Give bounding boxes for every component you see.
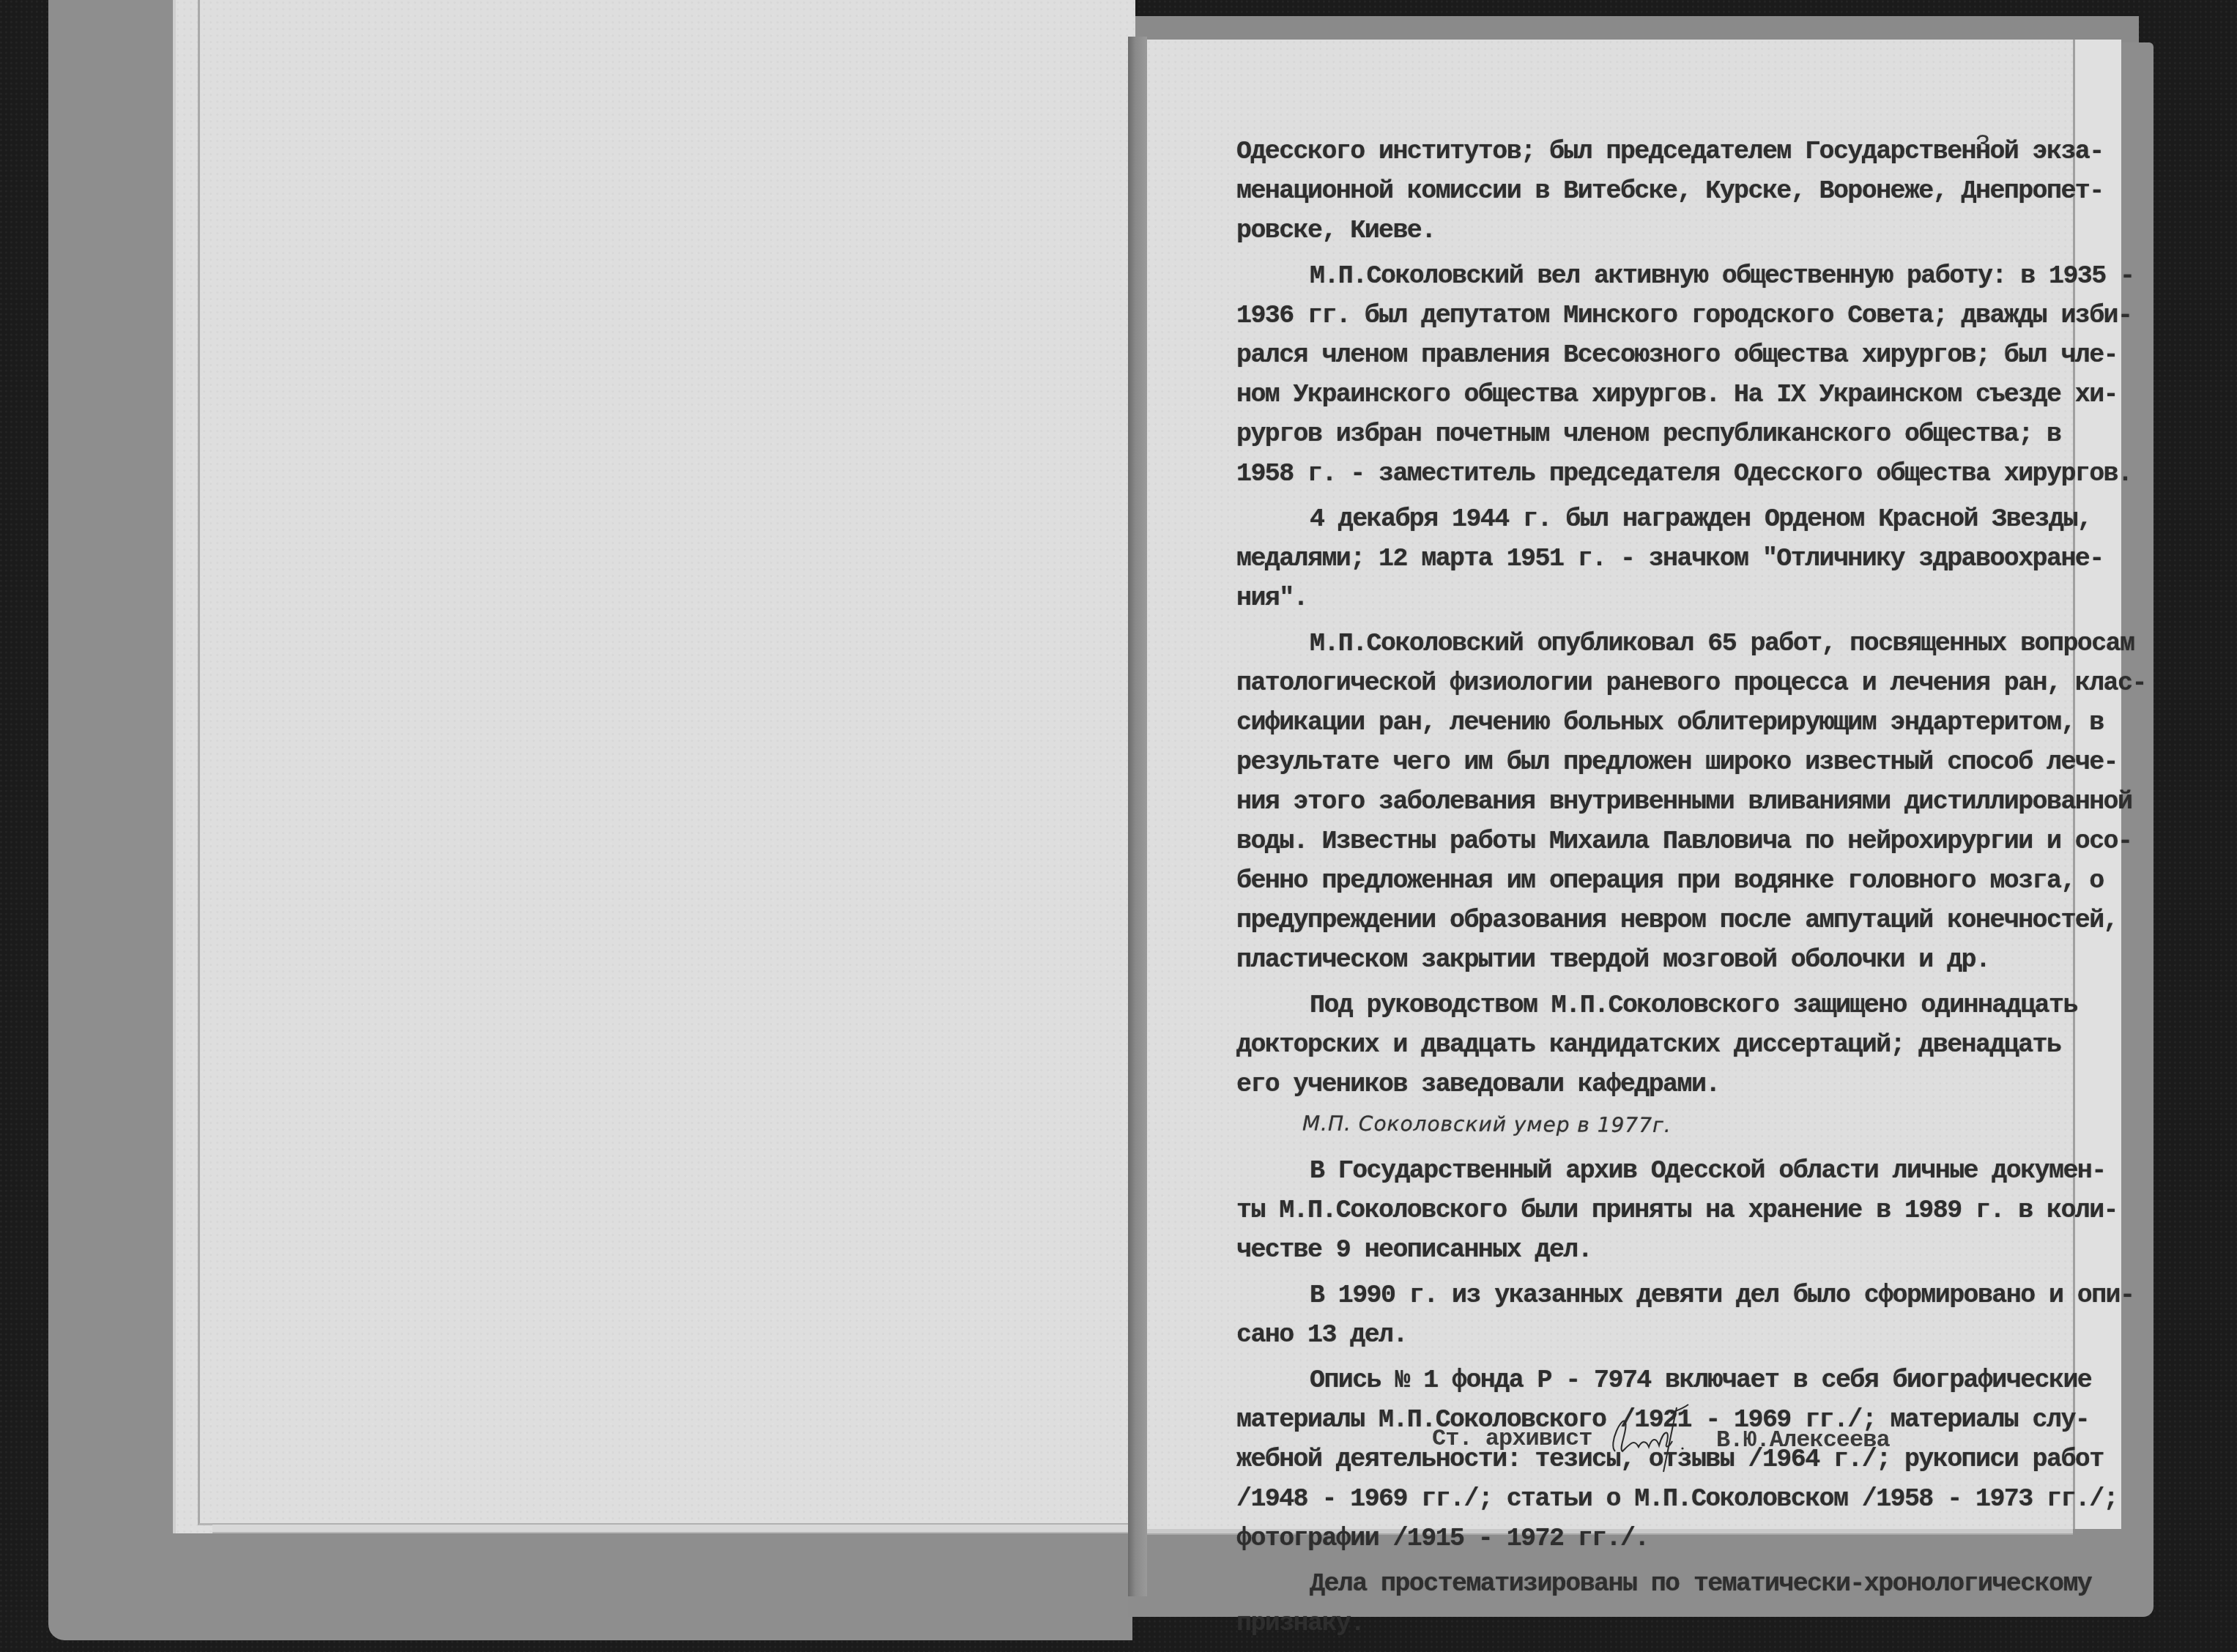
signatory-name: В.Ю.Алексеева [1716,1426,1890,1454]
text-line: В Государственный архив Одесской области… [1236,1151,2064,1191]
paragraph: В 1990 г. из указанных девяти дел было с… [1236,1276,2064,1355]
text-line: Опись № 1 фонда Р - 7974 включает в себя… [1236,1361,2064,1400]
text-line: воды. Известны работы Михаила Павловича … [1236,822,2064,861]
text-line: М.П.Соколовский вел активную общественну… [1236,256,2064,296]
text-line: Дела простематизированы по тематически-х… [1236,1564,2064,1604]
text-line: 4 декабря 1944 г. был награжден Орденом … [1236,499,2064,539]
text-line: ты М.П.Соколовского были приняты на хран… [1236,1191,2064,1230]
text-line: ния". [1236,578,2064,618]
paragraph: М.П.Соколовский опубликовал 65 работ, по… [1236,624,2064,980]
text-line: М.П.Соколовский опубликовал 65 работ, по… [1236,624,2064,663]
paragraph: Одесского институтов; был председателем … [1236,132,2064,250]
text-line: медалями; 12 марта 1951 г. - значком "От… [1236,539,2064,578]
text-line: В 1990 г. из указанных девяти дел было с… [1236,1276,2064,1315]
paragraph: В Государственный архив Одесской области… [1236,1151,2064,1270]
paragraphs-after-note: В Государственный архив Одесской области… [1236,1151,2064,1643]
text-line: 1936 гг. был депутатом Минского городско… [1236,296,2064,335]
left-page-stack-edge [212,1523,1128,1533]
paragraph: Дела простематизированы по тематически-х… [1236,1564,2064,1643]
text-line: 1958 г. - заместитель председателя Одесс… [1236,454,2064,494]
text-line: ровске, Киеве. [1236,211,2064,250]
text-line: бенно предложенная им операция при водян… [1236,861,2064,901]
binding-strip [1055,16,2139,42]
text-line: рургов избран почетным членом республика… [1236,414,2064,454]
text-line: его учеников заведовали кафедрами. [1236,1065,2064,1104]
left-page-underlying-sheet [198,0,1130,1525]
text-line: результате чего им был предложен широко … [1236,743,2064,782]
text-line: Под руководством М.П.Соколовского защище… [1236,986,2064,1025]
paragraphs-before-note: Одесского институтов; был председателем … [1236,132,2064,1104]
text-line: докторских и двадцать кандидатских диссе… [1236,1025,2064,1065]
text-line: предупреждении образования невром после … [1236,901,2064,940]
paragraph: 4 декабря 1944 г. был награжден Орденом … [1236,499,2064,618]
text-line: /1948 - 1969 гг./; статьи о М.П.Соколовс… [1236,1479,2064,1519]
signatory-title: Ст. архивист [1432,1425,1592,1452]
paragraph: М.П.Соколовский вел активную общественну… [1236,256,2064,494]
text-line: патологической физиологии раневого проце… [1236,663,2064,703]
text-line: фотографии /1915 - 1972 гг./. [1236,1519,2064,1558]
handwritten-note: М.П. Соколовский умер в 1977г. [1236,1104,2064,1147]
text-line: менационной комиссии в Витебске, Курске,… [1236,171,2064,211]
signature-block: Ст. архивист В.Ю.Алексеева [1432,1415,2091,1473]
text-line: признаку. [1236,1604,2064,1643]
text-line: сификации ран, лечению больных облитерир… [1236,703,2064,743]
handwritten-signature-icon [1600,1400,1696,1473]
text-line: рался членом правления Всесоюзного общес… [1236,335,2064,375]
paragraph: Под руководством М.П.Соколовского защище… [1236,986,2064,1104]
book-gutter [1128,37,1147,1596]
text-line: Одесского институтов; был председателем … [1236,132,2064,171]
text-line: пластическом закрытии твердой мозговой о… [1236,940,2064,980]
text-line: сано 13 дел. [1236,1315,2064,1355]
text-line: ния этого заболевания внутривенными влив… [1236,782,2064,822]
text-line: ном Украинского общества хирургов. На IX… [1236,375,2064,414]
text-line: честве 9 неописанных дел. [1236,1230,2064,1270]
